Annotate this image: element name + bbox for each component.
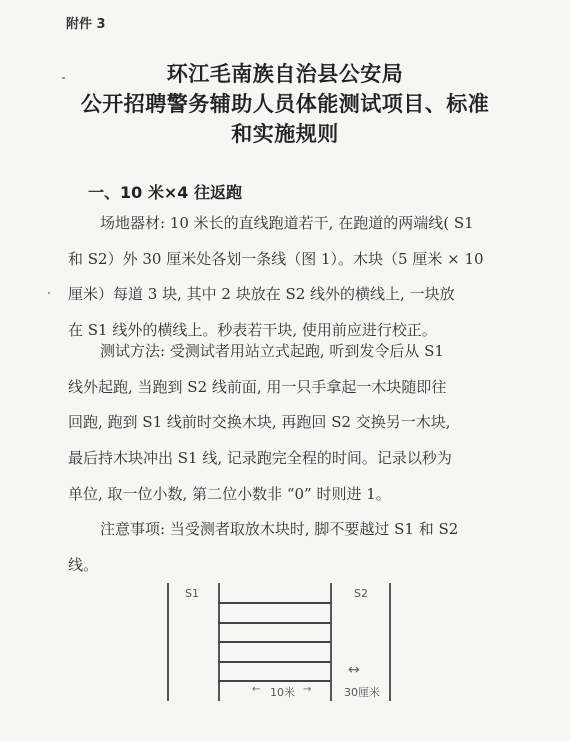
double-arrow-icon: ↔ xyxy=(348,662,360,678)
paragraph-line: 线外起跑, 当跑到 S2 线前面, 用一只手拿起一木块随即往 xyxy=(68,370,466,406)
lane-line xyxy=(218,622,331,624)
paragraph-line: 测试方法: 受测试者用站立式起跑, 听到发令后从 S1 xyxy=(68,334,466,370)
paragraph-line: 最后持木块冲出 S1 线, 记录跑完全程的时间。记录以秒为 xyxy=(68,441,466,477)
start-line-s1 xyxy=(218,583,220,701)
scan-speck xyxy=(48,292,50,294)
distance-label: 10米 xyxy=(270,684,295,700)
label-s2: S2 xyxy=(354,587,368,600)
document-title-line-1: 环江毛南族自治县公安局 xyxy=(0,58,570,88)
end-line-s2 xyxy=(330,583,332,701)
offset-label: 30厘米 xyxy=(344,684,380,700)
document-title-line-3: 和实施规则 xyxy=(0,118,570,148)
document-title-line-2: 公开招聘警务辅助人员体能测试项目、标准 xyxy=(0,88,570,118)
lane-line xyxy=(218,680,331,682)
notes-paragraph: 注意事项: 当受测者取放木块时, 脚不要越过 S1 和 S2 线。 xyxy=(68,512,466,583)
outer-line-s1 xyxy=(167,583,169,701)
label-s1: S1 xyxy=(185,587,199,600)
lane-line xyxy=(218,661,331,663)
paragraph-line: 注意事项: 当受测者取放木块时, 脚不要越过 S1 和 S2 xyxy=(68,512,466,548)
section-heading-shuttle-run: 一、10 米×4 往返跑 xyxy=(88,180,242,203)
arrow-left-icon: ← xyxy=(252,684,260,695)
paragraph-line: 单位, 取一位小数, 第二位小数非 “0” 时则进 1。 xyxy=(68,477,466,513)
method-paragraph: 测试方法: 受测试者用站立式起跑, 听到发令后从 S1 线外起跑, 当跑到 S2… xyxy=(68,334,466,512)
paragraph-line: 和 S2）外 30 厘米处各划一条线（图 1）。木块（5 厘米 × 10 xyxy=(68,242,466,278)
lane-line xyxy=(218,602,331,604)
paragraph-line: 场地器材: 10 米长的直线跑道若干, 在跑道的两端线( S1 xyxy=(68,206,466,242)
equipment-paragraph: 场地器材: 10 米长的直线跑道若干, 在跑道的两端线( S1 和 S2）外 3… xyxy=(68,206,466,349)
arrow-right-icon: → xyxy=(303,684,311,695)
paragraph-line: 厘米）每道 3 块, 其中 2 块放在 S2 线外的横线上, 一块放 xyxy=(68,277,466,313)
paragraph-line: 回跑, 跑到 S1 线前时交换木块, 再跑回 S2 交换另一木块, xyxy=(68,405,466,441)
attachment-label: 附件 3 xyxy=(66,13,106,32)
lane-line xyxy=(218,641,331,643)
outer-line-s2 xyxy=(389,583,391,701)
paragraph-line: 线。 xyxy=(68,548,466,584)
scan-speck xyxy=(62,77,65,79)
